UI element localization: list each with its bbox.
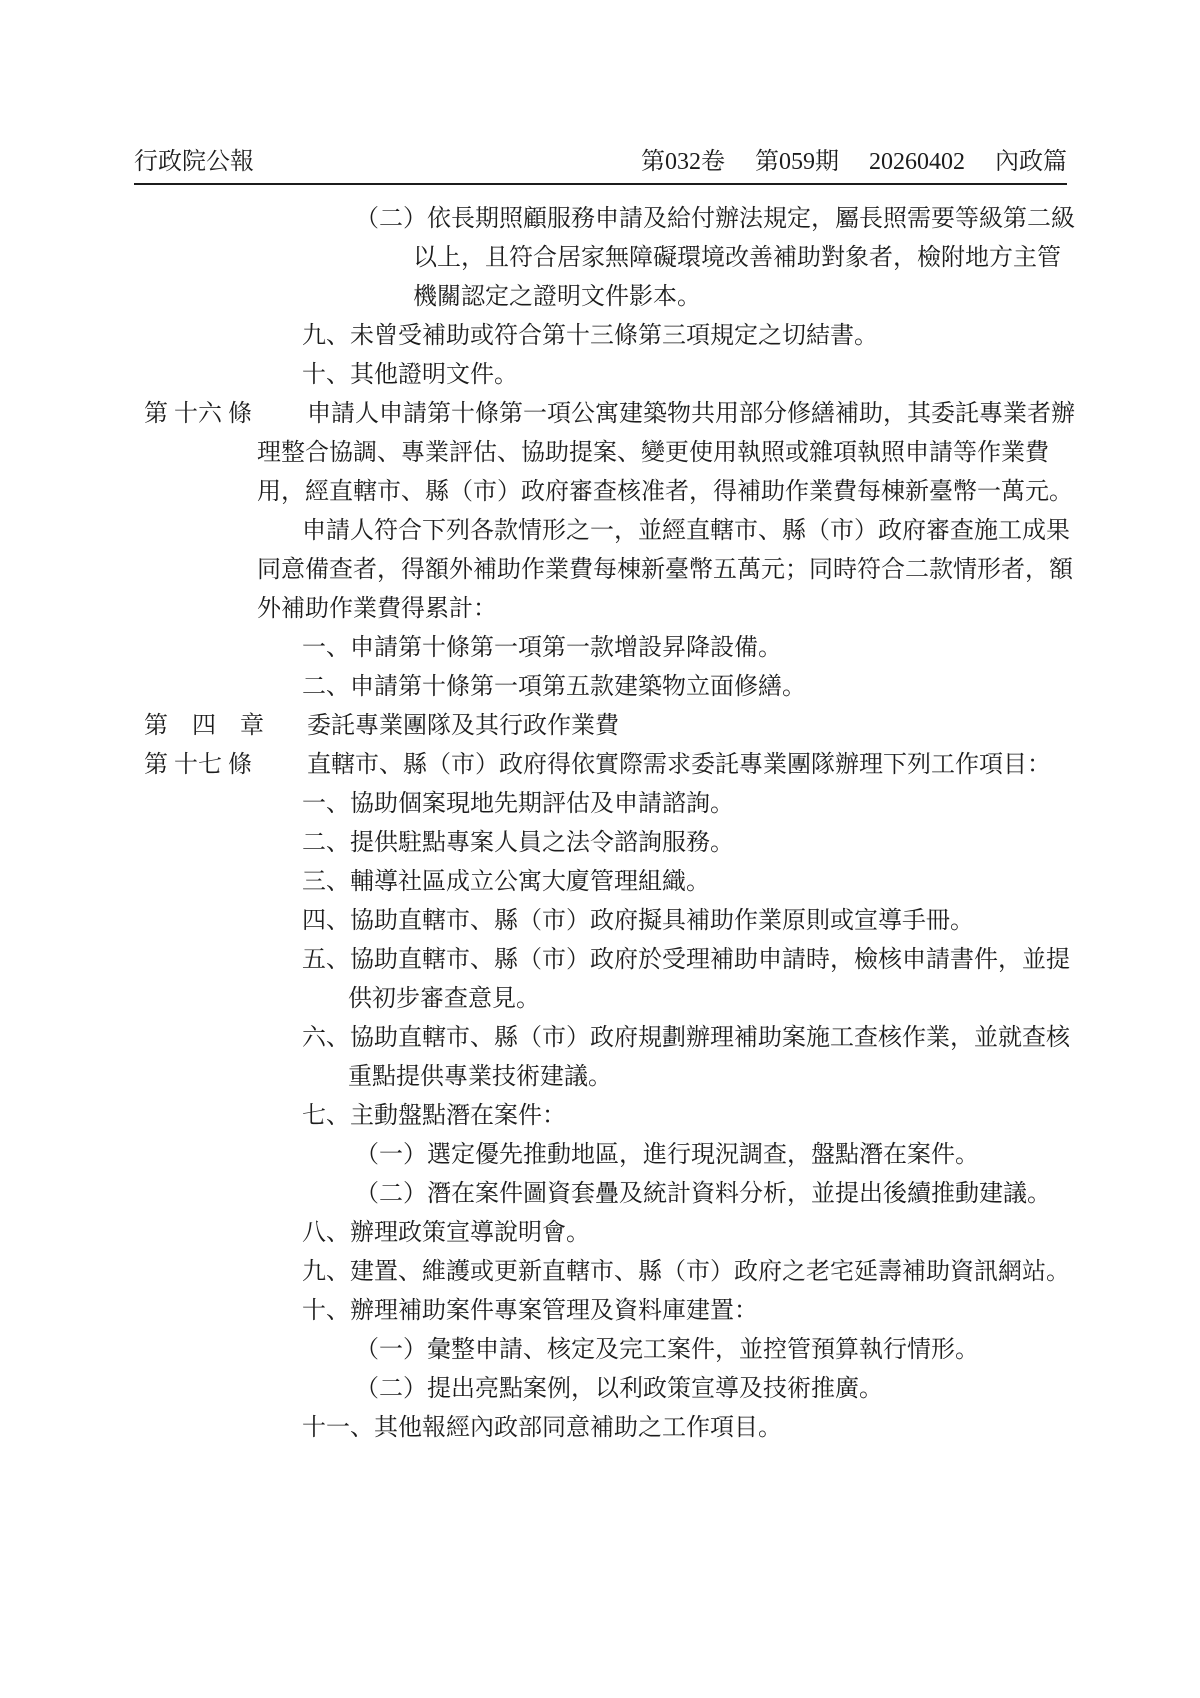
document-line: 第 四 章委託專業團隊及其行政作業費 xyxy=(144,709,1200,744)
document-line: （二）潛在案件圖資套疊及統計資料分析，並提出後續推動建議。 xyxy=(355,1177,1200,1212)
document-line: 三、輔導社區成立公寓大廈管理組織。 xyxy=(302,865,1200,900)
document-line: 一、申請第十條第一項第一款增設昇降設備。 xyxy=(302,631,1200,666)
gazette-page: 行政院公報 第032卷 第059期 20260402 內政篇 （二）依長期照顧服… xyxy=(0,0,1200,1698)
document-line: 四、協助直轄市、縣（市）政府擬具補助作業原則或宣導手冊。 xyxy=(302,904,1200,939)
document-line: 八、辦理政策宣導說明會。 xyxy=(302,1216,1200,1251)
document-line: 七、主動盤點潛在案件： xyxy=(302,1099,1200,1134)
document-line: 九、未曾受補助或符合第十三條第三項規定之切結書。 xyxy=(302,319,1200,354)
document-line: 十一、其他報經內政部同意補助之工作項目。 xyxy=(302,1411,1200,1446)
article-number: 第 十七 條 xyxy=(144,748,307,783)
document-line: （一）彙整申請、核定及完工案件，並控管預算執行情形。 xyxy=(355,1333,1200,1368)
document-line: （二）提出亮點案例，以利政策宣導及技術推廣。 xyxy=(355,1372,1200,1407)
article-number: 第 十六 條 xyxy=(144,397,307,432)
section-name: 內政篇 xyxy=(995,148,1067,176)
document-line: 申請人符合下列各款情形之一，並經直轄市、縣（市）政府審查施工成果 xyxy=(302,514,1200,549)
document-line: 理整合協調、專業評估、協助提案、變更使用執照或雜項執照申請等作業費 xyxy=(257,436,1200,471)
document-line: 十、辦理補助案件專案管理及資料庫建置： xyxy=(302,1294,1200,1329)
document-line: 用，經直轄市、縣（市）政府審查核准者，得補助作業費每棟新臺幣一萬元。 xyxy=(257,475,1200,510)
document-line: 以上，且符合居家無障礙環境改善補助對象者，檢附地方主管 xyxy=(413,241,1200,276)
document-line: 十、其他證明文件。 xyxy=(302,358,1200,393)
document-body: （二）依長期照顧服務申請及給付辦法規定，屬長照需要等級第二級以上，且符合居家無障… xyxy=(0,202,1200,1450)
document-line: （一）選定優先推動地區，進行現況調查，盤點潛在案件。 xyxy=(355,1138,1200,1173)
document-line: 同意備查者，得額外補助作業費每棟新臺幣五萬元；同時符合二款情形者，額 xyxy=(257,553,1200,588)
article-number: 第 四 章 xyxy=(144,709,307,744)
gazette-title: 行政院公報 xyxy=(134,148,254,176)
document-line: 供初步審查意見。 xyxy=(348,982,1200,1017)
volume-number: 第032卷 xyxy=(641,148,725,176)
page-header: 行政院公報 第032卷 第059期 20260402 內政篇 xyxy=(134,148,1067,185)
article-text: 委託專業團隊及其行政作業費 xyxy=(307,713,619,739)
document-line: 機關認定之證明文件影本。 xyxy=(413,280,1200,315)
document-line: 二、提供駐點專案人員之法令諮詢服務。 xyxy=(302,826,1200,861)
document-line: 第 十六 條申請人申請第十條第一項公寓建築物共用部分修繕補助，其委託專業者辦 xyxy=(144,397,1200,432)
article-text: 直轄市、縣（市）政府得依實際需求委託專業團隊辦理下列工作項目： xyxy=(307,752,1051,778)
document-line: 一、協助個案現地先期評估及申請諮詢。 xyxy=(302,787,1200,822)
document-line: 重點提供專業技術建議。 xyxy=(348,1060,1200,1095)
document-line: 二、申請第十條第一項第五款建築物立面修繕。 xyxy=(302,670,1200,705)
document-line: （二）依長期照顧服務申請及給付辦法規定，屬長照需要等級第二級 xyxy=(355,202,1200,237)
article-text: 申請人申請第十條第一項公寓建築物共用部分修繕補助，其委託專業者辦 xyxy=(307,401,1075,427)
header-meta: 第032卷 第059期 20260402 內政篇 xyxy=(641,148,1067,176)
publication-date: 20260402 xyxy=(869,148,965,176)
issue-number: 第059期 xyxy=(755,148,839,176)
document-line: 第 十七 條直轄市、縣（市）政府得依實際需求委託專業團隊辦理下列工作項目： xyxy=(144,748,1200,783)
document-line: 九、建置、維護或更新直轄市、縣（市）政府之老宅延壽補助資訊網站。 xyxy=(302,1255,1200,1290)
document-line: 六、協助直轄市、縣（市）政府規劃辦理補助案施工查核作業，並就查核 xyxy=(302,1021,1200,1056)
document-line: 外補助作業費得累計： xyxy=(257,592,1200,627)
document-line: 五、協助直轄市、縣（市）政府於受理補助申請時，檢核申請書件，並提 xyxy=(302,943,1200,978)
